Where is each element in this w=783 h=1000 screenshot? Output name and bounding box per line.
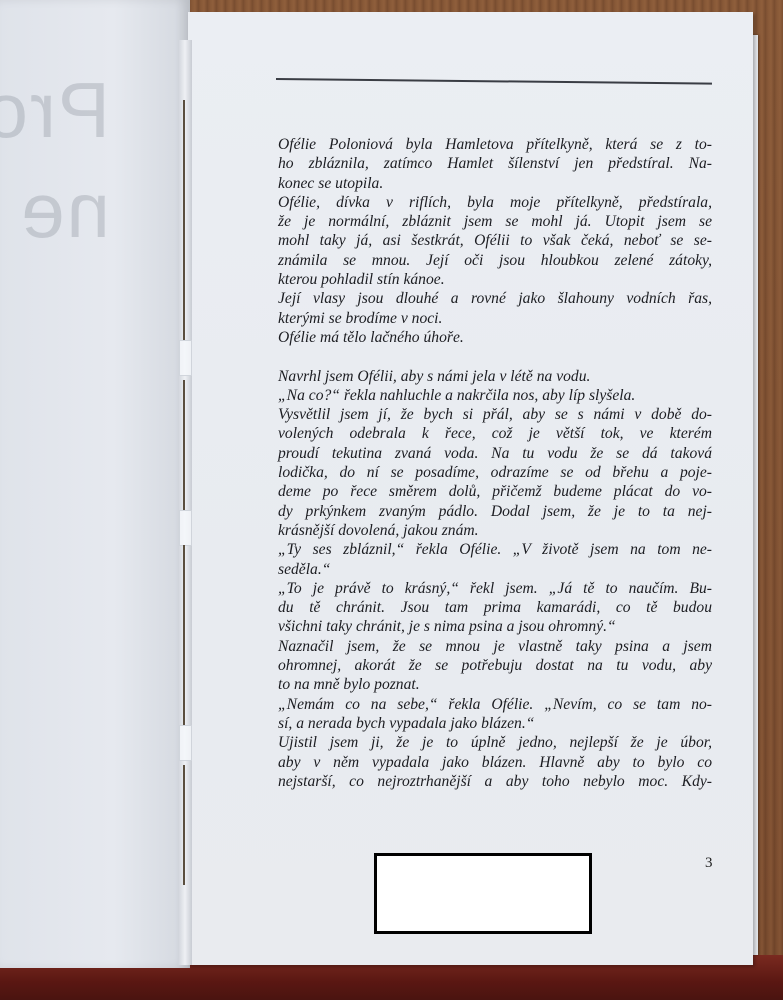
text-line: Naznačil jsem, že se mnou je vlastně tak… xyxy=(278,637,712,656)
text-line: známila se mnou. Její oči jsou hloubkou … xyxy=(278,251,712,270)
text-line: kterými se brodíme v noci. xyxy=(278,309,712,328)
text-line: aby v něm vypadala jako blázen. Hlavně a… xyxy=(278,753,712,772)
text-line: Její vlasy jsou dlouhé a rovné jako šlah… xyxy=(278,289,712,308)
text-line: lodička, do ní se posadíme, odrazíme se … xyxy=(278,463,712,482)
text-line: proudí tekutina zvaná voda. Na tu vodu ž… xyxy=(278,444,712,463)
text-line: seděla.“ xyxy=(278,560,712,579)
text-line: volených odebrala k řece, což je větší t… xyxy=(278,424,712,443)
binding-tape xyxy=(179,725,192,761)
text-line: to na mně bylo poznat. xyxy=(278,675,712,694)
bleed-through-line: Pro xyxy=(0,60,110,160)
binding-tape xyxy=(179,340,192,376)
right-page: Ofélie Poloniová byla Hamletova přítelky… xyxy=(188,12,753,965)
text-line: deme po řece směrem dolů, přičemž budeme… xyxy=(278,482,712,501)
text-line: „Na co?“ řekla nahluchle a nakrčila nos,… xyxy=(278,386,712,405)
text-line: Navrhl jsem Ofélii, aby s námi jela v lé… xyxy=(278,367,712,386)
text-line: ohromnej, akorát že se potřebuju dostat … xyxy=(278,656,712,675)
book-spine xyxy=(178,40,192,965)
text-line: mohl taky já, asi šestkrát, Ofélii to vš… xyxy=(278,231,712,250)
text-line: Vysvětlil jsem jí, že bych si přál, aby … xyxy=(278,405,712,424)
text-line: že je normální, zbláznit jsem se mohl já… xyxy=(278,212,712,231)
left-page: Pro ne xyxy=(0,0,190,968)
text-line: „Nemám co na sebe,“ řekla Ofélie. „Nevím… xyxy=(278,695,712,714)
text-line: Ofélie Poloniová byla Hamletova přítelky… xyxy=(278,135,712,154)
text-line: krásnější dovolená, jakou znám. xyxy=(278,521,712,540)
binding-stitch xyxy=(183,100,185,340)
binding-tape xyxy=(179,510,192,546)
text-line: dy prkýnkem zvaným pádlo. Dodal jsem, že… xyxy=(278,502,712,521)
page-number: 3 xyxy=(705,855,713,872)
text-line: Ujistil jsem ji, že je to úplně jedno, n… xyxy=(278,733,712,752)
body-text: Ofélie Poloniová byla Hamletova přítelky… xyxy=(278,135,712,791)
text-line: Ofélie, dívka v riflích, byla moje příte… xyxy=(278,193,712,212)
bleed-through-title: Pro ne xyxy=(0,60,110,260)
binding-stitch xyxy=(183,545,185,725)
text-line: „To je právě to krásný,“ řekl jsem. „Já … xyxy=(278,579,712,598)
redaction-box xyxy=(374,853,592,934)
binding-stitch xyxy=(183,380,185,510)
text-line: ho zbláznila, zatímco Hamlet šílenství j… xyxy=(278,154,712,173)
text-line: všichni taky chránit, je s nima psina a … xyxy=(278,617,712,636)
text-line: Ofélie má tělo lačného úhoře. xyxy=(278,328,712,347)
text-line: nejstarší, co nejroztrhanější a aby toho… xyxy=(278,772,712,791)
text-line: sí, a nerada bych vypadala jako blázen.“ xyxy=(278,714,712,733)
text-line: konec se utopila. xyxy=(278,174,712,193)
text-line: du tě chránit. Jsou tam prima kamarádi, … xyxy=(278,598,712,617)
binding-stitch xyxy=(183,765,185,885)
paragraph-gap xyxy=(278,347,712,366)
text-line: „Ty ses zbláznil,“ řekla Ofélie. „V živo… xyxy=(278,540,712,559)
header-rule xyxy=(276,78,712,84)
bleed-through-line: ne xyxy=(0,160,110,260)
text-line: kterou pohladil stín kánoe. xyxy=(278,270,712,289)
